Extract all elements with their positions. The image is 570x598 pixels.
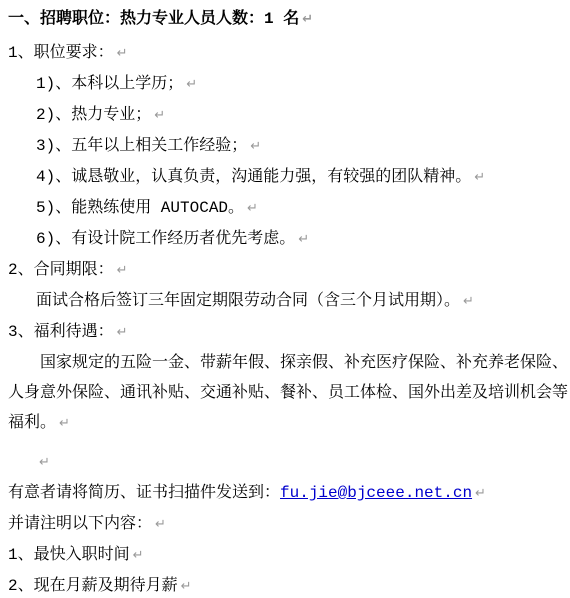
- requirement-item: 3)、五年以上相关工作经验；↵: [8, 131, 570, 162]
- paragraph-mark-icon: ↵: [299, 12, 313, 27]
- contact-item-text: 1、最快入职时间: [8, 546, 130, 564]
- requirement-item-text: 1)、本科以上学历；: [36, 75, 183, 93]
- requirement-item-text: 5)、能熟练使用 AUTOCAD。: [36, 199, 244, 217]
- requirement-item: 2)、热力专业；↵: [8, 100, 570, 131]
- requirement-item: 1)、本科以上学历；↵: [8, 69, 570, 100]
- paragraph-mark-icon: ↵: [295, 232, 309, 247]
- paragraph-mark-icon: ↵: [178, 579, 192, 594]
- paragraph-mark-icon: ↵: [247, 139, 261, 154]
- paragraph-mark-icon: ↵: [114, 263, 128, 278]
- paragraph-mark-icon: ↵: [471, 170, 485, 185]
- paragraph-mark-icon: ↵: [151, 108, 165, 123]
- requirement-item: 4)、诚恳敬业，认真负责，沟通能力强，有较强的团队精神。↵: [8, 162, 570, 193]
- document-body: 一、招聘职位：热力专业人员人数：1 名↵ 1、职位要求：↵ 1)、本科以上学历；…: [0, 0, 570, 598]
- contact-item: 2、现在月薪及期待月薪↵: [8, 571, 570, 598]
- paragraph-mark-icon: ↵: [130, 548, 144, 563]
- benefits-paragraph: 国家规定的五险一金、带薪年假、探亲假、补充医疗保险、补充养老保险、人身意外保险、…: [8, 348, 570, 439]
- email-link[interactable]: fu.jie@bjceee.net.cn: [280, 484, 472, 502]
- requirement-item: 6)、有设计院工作经历者优先考虑。↵: [8, 224, 570, 255]
- benefits-label-line: 3、福利待遇：↵: [8, 317, 570, 348]
- contact-prefix-text: 有意者请将简历、证书扫描件发送到：: [8, 484, 280, 502]
- requirement-item-text: 4)、诚恳敬业，认真负责，沟通能力强，有较强的团队精神。: [36, 168, 471, 186]
- contact-item-text: 2、现在月薪及期待月薪: [8, 577, 178, 595]
- contact-line: 有意者请将简历、证书扫描件发送到：fu.jie@bjceee.net.cn↵: [8, 478, 570, 509]
- requirements-label-line: 1、职位要求：↵: [8, 38, 570, 69]
- contract-body-text: 面试合格后签订三年固定期限劳动合同（含三个月试用期）。: [36, 292, 460, 310]
- benefits-body-text: 国家规定的五险一金、带薪年假、探亲假、补充医疗保险、补充养老保险、人身意外保险、…: [8, 354, 568, 432]
- contract-body-line: 面试合格后签订三年固定期限劳动合同（含三个月试用期）。↵: [8, 286, 570, 317]
- contact-note-text: 并请注明以下内容：: [8, 515, 152, 533]
- section-label-benefits: 3、福利待遇：: [8, 323, 114, 341]
- paragraph-mark-icon: ↵: [183, 77, 197, 92]
- requirement-item-text: 6)、有设计院工作经历者优先考虑。: [36, 230, 295, 248]
- requirement-item-text: 2)、热力专业；: [36, 106, 151, 124]
- paragraph-mark-icon: ↵: [244, 201, 258, 216]
- contact-note-line: 并请注明以下内容：↵: [8, 509, 570, 540]
- page-title: 一、招聘职位：热力专业人员人数：1 名: [8, 10, 299, 28]
- paragraph-mark-icon: ↵: [56, 416, 70, 431]
- paragraph-mark-icon: ↵: [460, 294, 474, 309]
- paragraph-mark-icon: ↵: [472, 486, 486, 501]
- paragraph-mark-icon: ↵: [114, 46, 128, 61]
- paragraph-mark-icon: ↵: [36, 455, 50, 470]
- section-label-requirements: 1、职位要求：: [8, 44, 114, 62]
- requirement-item: 5)、能熟练使用 AUTOCAD。↵: [8, 193, 570, 224]
- paragraph-mark-icon: ↵: [152, 517, 166, 532]
- requirement-item-text: 3)、五年以上相关工作经验；: [36, 137, 247, 155]
- contract-label-line: 2、合同期限：↵: [8, 255, 570, 286]
- paragraph-mark-icon: ↵: [114, 325, 128, 340]
- section-label-contract: 2、合同期限：: [8, 261, 114, 279]
- heading-line: 一、招聘职位：热力专业人员人数：1 名↵: [8, 4, 570, 35]
- empty-paragraph: ↵: [8, 447, 570, 478]
- contact-item: 1、最快入职时间↵: [8, 540, 570, 571]
